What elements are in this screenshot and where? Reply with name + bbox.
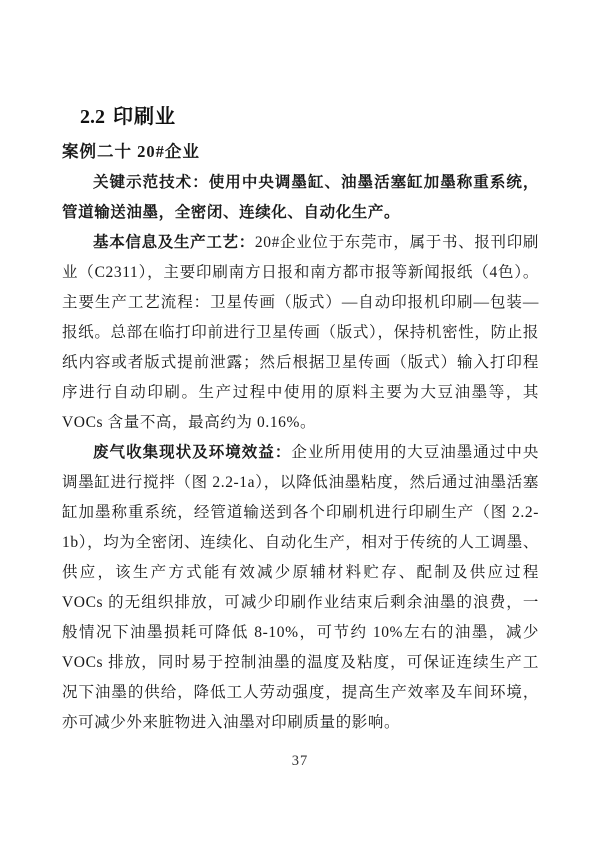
page-number: 37 [0, 751, 600, 771]
paragraph-basic-info-lead: 基本信息及生产工艺： [93, 234, 255, 251]
paragraph-key-technology: 关键示范技术：使用中央调墨缸、油墨活塞缸加墨称重系统，管道输送油墨，全密闭、连续… [62, 168, 539, 228]
page-content: 2.2印刷业 案例二十 20#企业 关键示范技术：使用中央调墨缸、油墨活塞缸加墨… [62, 0, 539, 738]
section-heading: 2.2印刷业 [62, 0, 539, 131]
paragraph-basic-info-text: 20#企业位于东莞市，属于书、报刊印刷业（C2311），主要印刷南方日报和南方都… [62, 234, 539, 431]
paragraph-waste-gas: 废气收集现状及环境效益：企业所用使用的大豆油墨通过中央调墨缸进行搅拌（图 2.2… [62, 438, 539, 738]
paragraph-waste-gas-lead: 废气收集现状及环境效益： [93, 444, 291, 461]
case-title: 案例二十 20#企业 [62, 140, 539, 164]
section-heading-number: 2.2 [80, 106, 105, 128]
paragraph-key-technology-lead: 关键示范技术： [93, 174, 209, 191]
paragraph-waste-gas-text: 企业所用使用的大豆油墨通过中央调墨缸进行搅拌（图 2.2-1a），以降低油墨粘度… [62, 444, 539, 731]
document-page: 2.2印刷业 案例二十 20#企业 关键示范技术：使用中央调墨缸、油墨活塞缸加墨… [0, 0, 600, 848]
section-heading-title: 印刷业 [113, 106, 176, 128]
paragraph-basic-info: 基本信息及生产工艺：20#企业位于东莞市，属于书、报刊印刷业（C2311），主要… [62, 228, 539, 438]
